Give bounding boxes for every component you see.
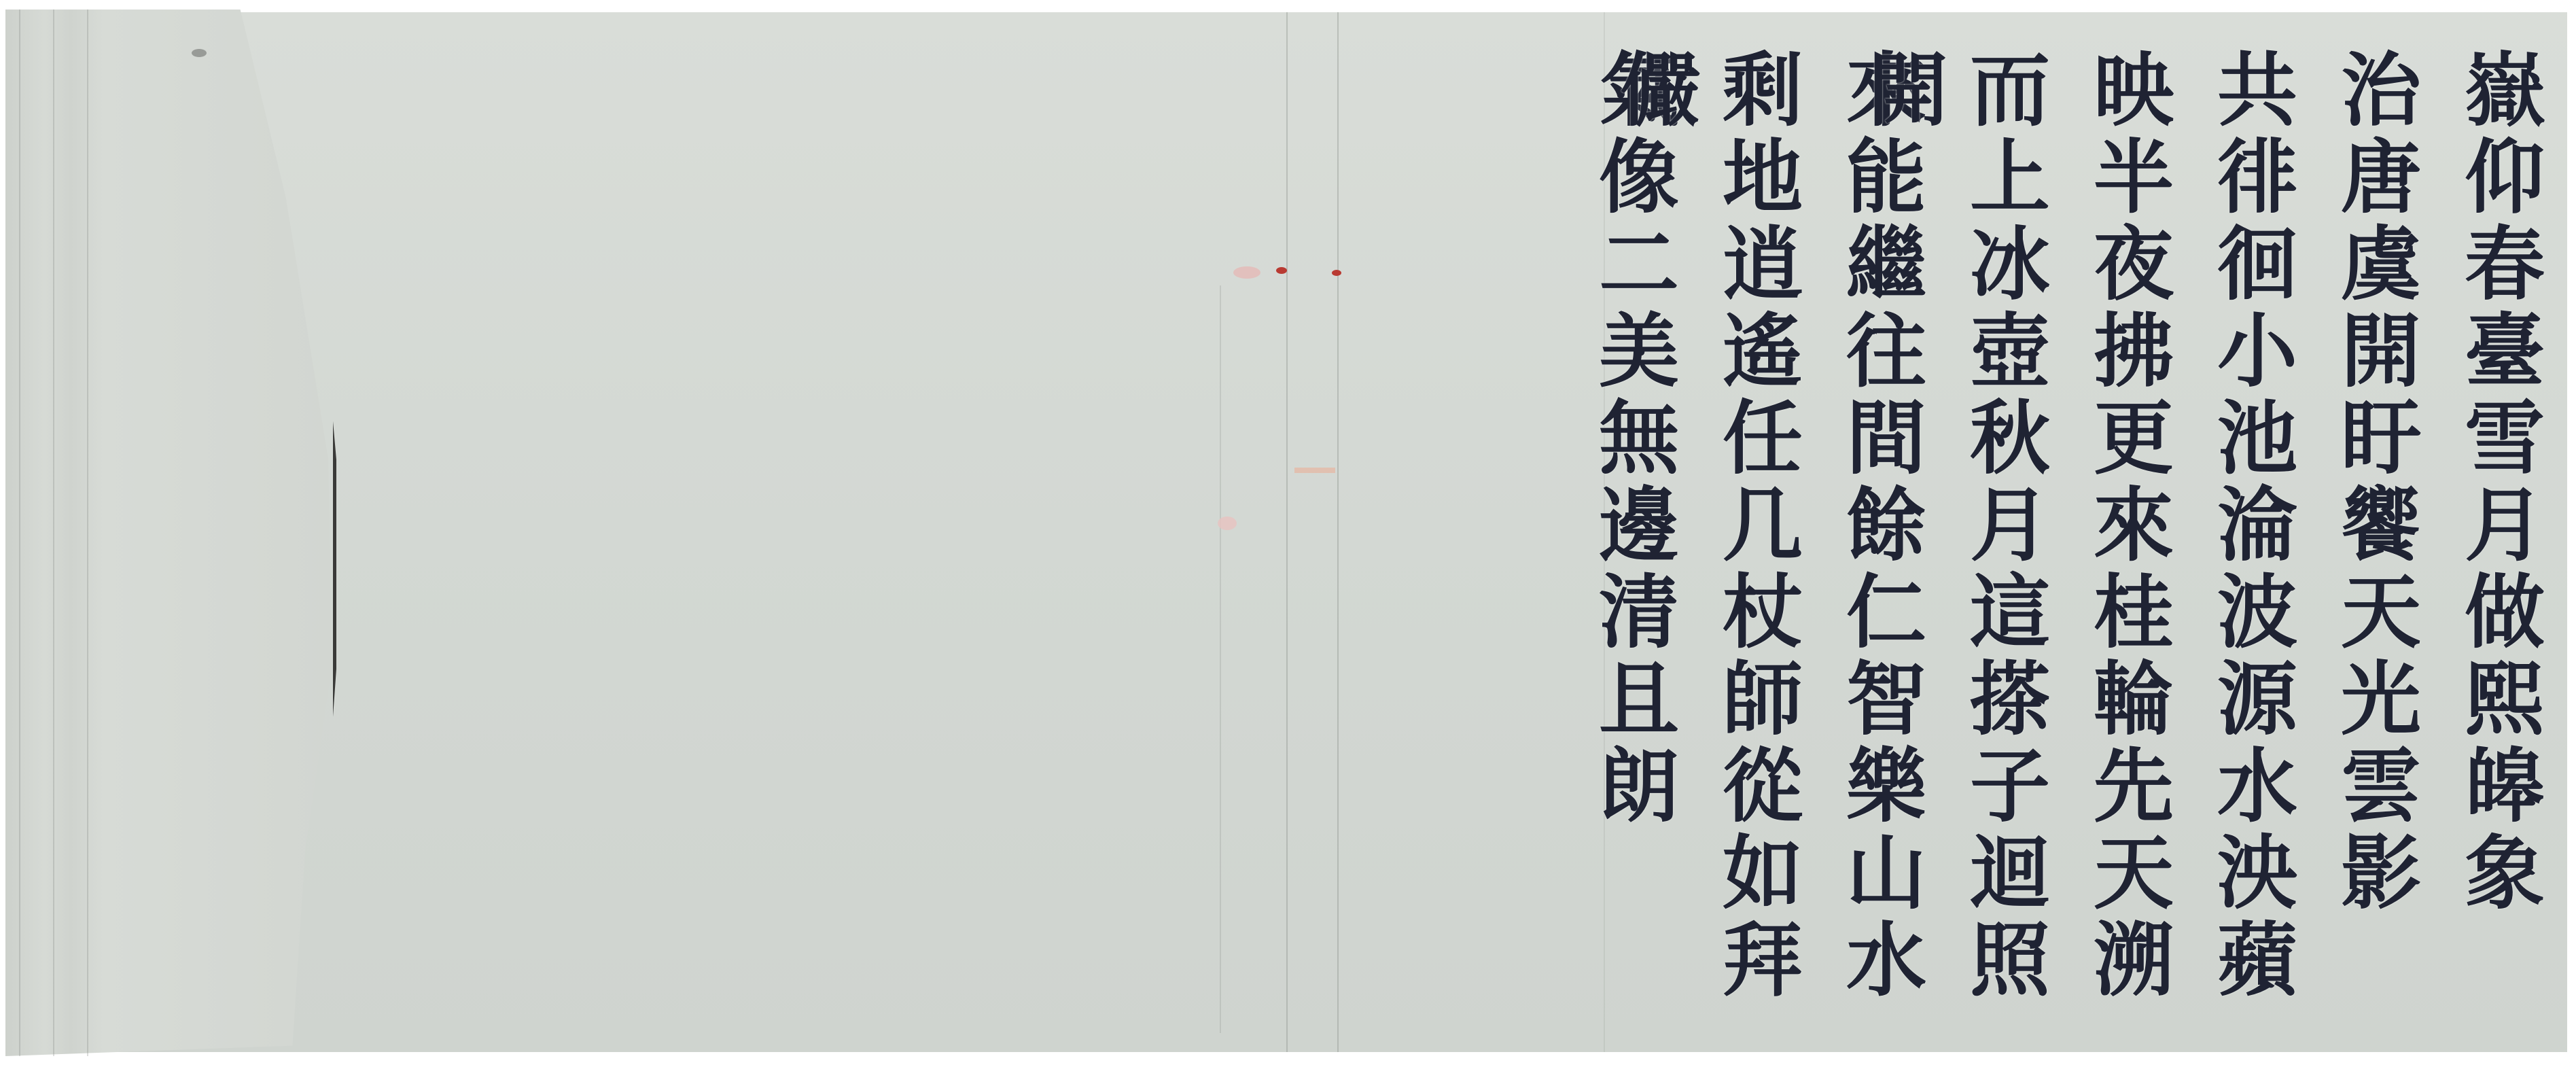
roll-fold-line <box>53 10 54 1056</box>
text-column-6: 來能繼往間餘仁智樂山水 <box>1829 48 1930 1040</box>
paper-crease <box>1286 12 1288 1052</box>
text-column-7: 剩地逍遙任几杖師從如拜儼 <box>1705 48 1807 1040</box>
text-column-4: 映半夜拂更來桂輪先天溯 <box>2076 48 2178 1040</box>
seal-trace <box>1294 468 1335 473</box>
text-column-5: 而上冰壺秋月這搽子迴照開 <box>1952 48 2054 1040</box>
text-column-2: 治唐虞開盱饗天光雲影 <box>2323 48 2425 1040</box>
roll-fold-line <box>87 10 88 1056</box>
paper-crease <box>1337 12 1339 1052</box>
red-stain <box>1218 517 1237 530</box>
calligraphy-text: 嶽仰春臺雪月做熙皞象 治唐虞開盱饗天光雲影 共徘徊小池淪波源水泱蘋 映半夜拂更來… <box>1581 48 2549 1040</box>
text-column-3: 共徘徊小池淪波源水泱蘋 <box>2200 48 2301 1040</box>
red-stain <box>1276 267 1287 274</box>
roll-fold-line <box>19 10 20 1056</box>
ink-spot <box>192 49 207 57</box>
red-stain <box>1233 266 1260 279</box>
text-column-8: 氣像二美無邊清且朗 <box>1581 48 1683 1040</box>
text-column-1: 嶽仰春臺雪月做熙皞象 <box>2447 48 2549 1040</box>
paper-crease <box>1220 285 1221 1033</box>
red-stain <box>1332 270 1341 276</box>
